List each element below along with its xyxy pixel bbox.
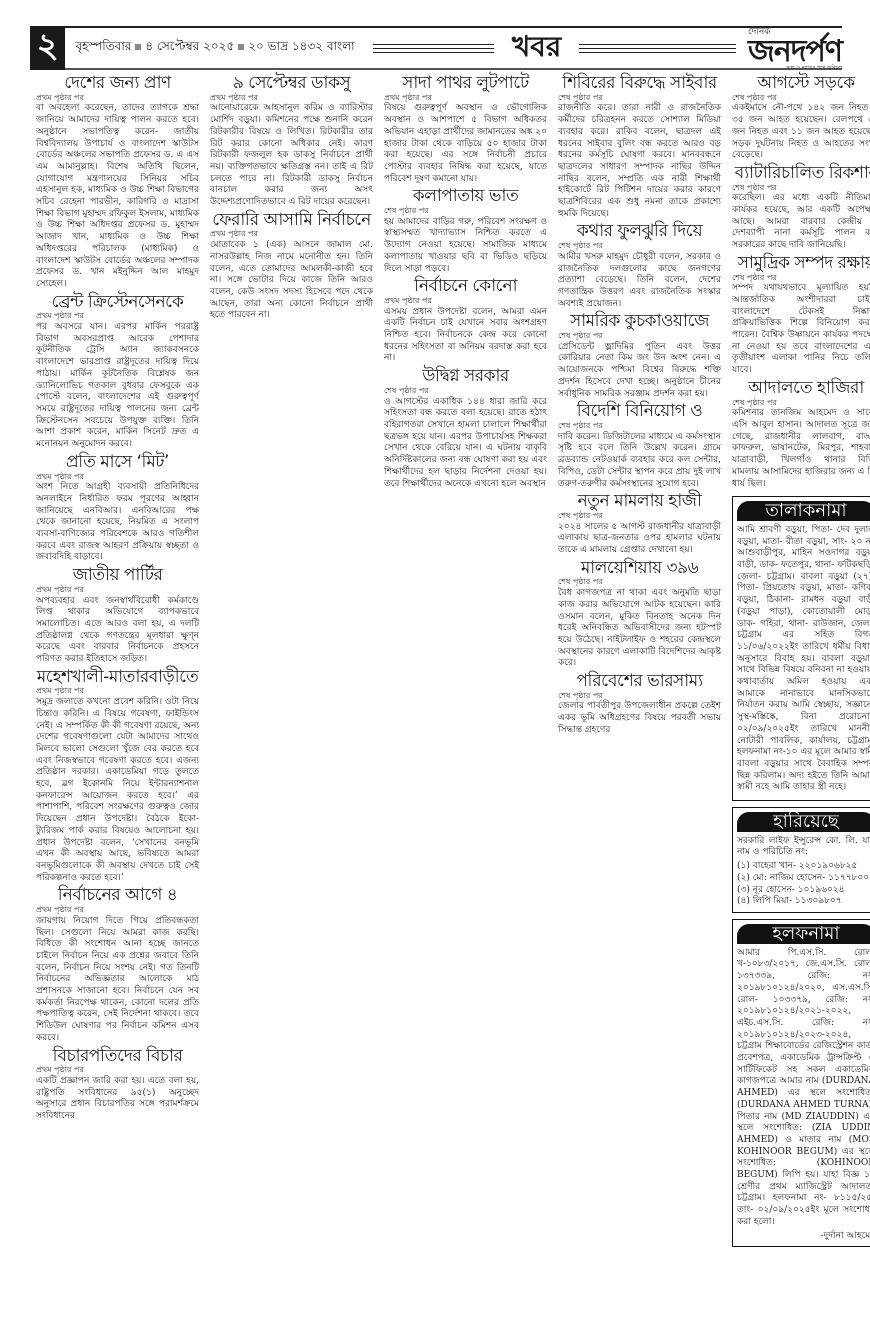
kicker: প্রথম পৃষ্ঠার পর	[384, 92, 547, 104]
kicker: শেষ পৃষ্ঠার পর	[384, 205, 547, 217]
column-3: সাদা পাথর লুটপাটে প্রথম পৃষ্ঠার পর বিষয়…	[384, 72, 547, 492]
separator-square-icon	[238, 44, 244, 50]
headline: সামরিক কুচকাওয়াজে	[558, 316, 721, 328]
kicker: শেষ পৃষ্ঠার পর	[558, 330, 721, 342]
headline: পরিবেশের ভারসাম্য	[558, 676, 721, 688]
headline: মহেশখালী-মাতারবাড়ীতে	[36, 672, 199, 684]
classified-item: (১) বাহেরা খান- ২২০১৯০৬৮২৫	[737, 861, 870, 873]
article-body: কমিশনার তানজিম আহমেদ ও সাবেক এসি আবুল হা…	[732, 408, 870, 490]
kicker: শেষ পৃষ্ঠার পর	[558, 576, 721, 588]
kicker: শেষ পৃষ্ঠার পর	[384, 385, 547, 397]
decorative-rule	[579, 44, 736, 53]
headline: প্রতি মাসে ‘মিট’	[36, 457, 199, 469]
article-body: হয় আমাদের বাড়ির গরু, পরিবেশ সংরক্ষণ ও …	[384, 217, 547, 276]
kicker: প্রথম পৃষ্ঠার পর	[36, 685, 199, 697]
kicker: শেষ পৃষ্ঠার পর	[732, 182, 870, 194]
article-body: সমুদ্র জলাতে কখনো প্রবেশ করিনি। ওটা নিয়…	[36, 697, 199, 884]
kicker: প্রথম পৃষ্ঠার পর	[36, 310, 199, 322]
article-body: সম্পদ যথাযথভাবে মূল্যায়িত হয়নি। আন্তর্…	[732, 283, 870, 377]
headline: মালয়েশিয়ায় ৩৯৬	[558, 563, 721, 575]
classified-item: (৩) নূর হোসেন- ১০১৯৬০২৪	[737, 885, 870, 897]
headline: কথার ফুলঝুরি দিয়ে	[558, 226, 721, 238]
kicker: প্রথম পৃষ্ঠার পর	[36, 904, 199, 916]
article-body: অংশ নিতে আগ্রহী ব্যবসায়ী প্রতিনিধিদের অ…	[36, 482, 199, 564]
kicker: শেষ পৃষ্ঠার পর	[732, 272, 870, 284]
headline: দেশের জন্য প্রাণ	[36, 78, 199, 90]
article-body: প্রেসিডেন্ট ভ্লাদিমির পুতিন এবং উত্তর কো…	[558, 342, 721, 401]
article-columns: দেশের জন্য প্রাণ প্রথম পৃষ্ঠার পর বা অবহ…	[36, 72, 846, 1336]
kicker: প্রথম পৃষ্ঠার পর	[36, 1064, 199, 1076]
headline: বিচারপতিদের বিচার	[36, 1051, 199, 1063]
headline: ফেরারি আসামি নির্বাচনে	[210, 215, 373, 227]
headline: বিদেশি বিনিয়োগ ও	[558, 406, 721, 418]
day: বৃহস্পতিবার	[75, 39, 131, 53]
classified-signature: -দুর্দানা আহমেদ	[737, 1231, 870, 1243]
article-body: রাজনীতি করে। তারা নারী ও রাজনৈতিক কর্মীদ…	[558, 103, 721, 220]
brand-name: জনদর্পণ	[748, 39, 842, 65]
headline: নতুন মামলায় হাজী	[558, 496, 721, 508]
classified-intro: সরকারি লাইফ ইন্সুরেন্স কো. লি. যার নাম ও…	[737, 836, 870, 859]
headline: জাতীয় পার্টির	[36, 570, 199, 582]
kicker: প্রথম পৃষ্ঠার পর	[210, 92, 373, 104]
article-body: একটি প্রজ্ঞাপন জারি করা হয়। এতে বলা হয়…	[36, 1076, 199, 1123]
column-5: আগস্টে সড়কে শেষ পৃষ্ঠার পর একইমাসে নৌ-প…	[732, 72, 870, 1247]
kicker: শেষ পৃষ্ঠার পর	[558, 510, 721, 522]
classified-body: আমার পি.এস.সি. রোল- খ-১০৮৩/২০১৭, জে.এস.স…	[737, 948, 870, 1229]
article-body: ও আগস্টের একাধিক ১৪৪ ধারা জারি করে সহিংস…	[384, 397, 547, 491]
column-4: শিবিরের বিরুদ্ধে সাইবার শেষ পৃষ্ঠার পর র…	[558, 72, 721, 739]
kicker: প্রথম পৃষ্ঠার পর	[384, 295, 547, 307]
headline: সামুদ্রিক সম্পদ রক্ষায়	[732, 258, 870, 270]
article-body: পর অবসরে যান। এরপর মার্কিন পররাষ্ট্র বিভ…	[36, 322, 199, 451]
article-body: করেছিল। এর মধ্যে একটি নীতিমালা কার্যকর হ…	[732, 193, 870, 252]
masthead: ২ বৃহস্পতিবার৪ সেপ্টেম্বর ২০২৫২০ ভাদ্র ১…	[30, 26, 842, 70]
article-body: আনোয়ারেকে আহসানুল করিম ও ব্যারিস্টার মো…	[210, 103, 373, 208]
kicker: শেষ পৃষ্ঠার পর	[732, 92, 870, 104]
headline: নির্বাচনের আগে ৪	[36, 890, 199, 902]
page-number: ২	[30, 26, 65, 70]
kicker: শেষ পৃষ্ঠার পর	[558, 92, 721, 104]
classified-talaknama: তালাকনামা আমি শ্রাবণী বড়ুয়া, পিতা- দেব…	[732, 496, 870, 801]
headline: ৯ সেপ্টেম্বর ডাকসু	[210, 78, 373, 90]
brand-logo: দৈনিক জনদর্পণ সত্য ও ন্যায়ের পথে অবিচল	[748, 24, 842, 73]
kicker: প্রথম পৃষ্ঠার পর	[36, 92, 199, 104]
headline: আদালতে হাজিরা	[732, 383, 870, 395]
headline: নির্বাচনে কোনো	[384, 281, 547, 293]
date-en: ৪ সেপ্টেম্বর ২০২৫	[145, 39, 234, 53]
section-title: খবর	[512, 25, 561, 72]
article-body: মোতাবেক ১ (এক) আসনে জামাল মো. নাসরউল্লাহ…	[210, 240, 373, 322]
article-body: দাবি করেন। ডিজিটালের মাধ্যমে এ কর্মসংস্থ…	[558, 432, 721, 491]
kicker: শেষ পৃষ্ঠার পর	[558, 240, 721, 252]
classified-item: (৪) লিপি মিয়া- ১১৩০৯৮০৭	[737, 896, 870, 908]
headline: উদ্বিগ্ন সরকার	[384, 371, 547, 383]
headline: আগস্টে সড়কে	[732, 78, 870, 90]
article-body: জায়গায় নিয়োগ দিতে গিয়ে প্রতিবন্ধকতা …	[36, 916, 199, 1045]
headline: শিবিরের বিরুদ্ধে সাইবার	[558, 78, 721, 90]
dateline: বৃহস্পতিবার৪ সেপ্টেম্বর ২০২৫২০ ভাদ্র ১৪৩…	[75, 38, 354, 58]
column-2: ৯ সেপ্টেম্বর ডাকসু প্রথম পৃষ্ঠার পর আনোয…	[210, 72, 373, 324]
classified-harieche: হারিয়েছে সরকারি লাইফ ইন্সুরেন্স কো. লি.…	[732, 807, 870, 913]
date-bn: ২০ ভাদ্র ১৪৩২ বাংলা	[248, 39, 354, 53]
classified-title: হারিয়েছে	[737, 812, 870, 832]
article-body: বিষয়ে গুরুত্বপূর্ণ অবস্থান ও ভৌগোলিক অব…	[384, 103, 547, 185]
classified-title: তালাকনামা	[737, 501, 870, 521]
article-body: অপব্যবহার এবং জনস্বার্থবিরোধী কর্মকাণ্ডে…	[36, 596, 199, 666]
article-body: ২০২৪ সালের ৫ আগস্ট রাজধানীর যাত্রাবাড়ী …	[558, 522, 721, 557]
kicker: শেষ পৃষ্ঠার পর	[558, 690, 721, 702]
headline: সাদা পাথর লুটপাটে	[384, 78, 547, 90]
headline: কলাপাতায় ভাত	[384, 191, 547, 203]
classified-body: আমি শ্রাবণী বড়ুয়া, পিতা- দেব দুলাল বড়…	[737, 525, 870, 794]
separator-square-icon	[135, 44, 141, 50]
article-body: আমীর খসরু মাহমুদ চৌধুরী বলেন, সরকার ও রা…	[558, 252, 721, 311]
headline: ব্রেন্ট ক্রিস্টেনসেনকে	[36, 297, 199, 309]
article-body: বৈধ কাগজপত্র না থাকা এবং অনুমতি ছাড়া কা…	[558, 588, 721, 670]
column-1: দেশের জন্য প্রাণ প্রথম পৃষ্ঠার পর বা অবহ…	[36, 72, 199, 1125]
classified-holofnama: হলফনামা আমার পি.এস.সি. রোল- খ-১০৮৩/২০১৭,…	[732, 919, 870, 1247]
decorative-rule	[373, 44, 494, 53]
kicker: শেষ পৃষ্ঠার পর	[732, 397, 870, 409]
kicker: শেষ পৃষ্ঠার পর	[558, 420, 721, 432]
classified-item: (২) মো: নাজিম হোসেন- ১১৭৭৮০০	[737, 873, 870, 885]
kicker: প্রথম পৃষ্ঠার পর	[36, 471, 199, 483]
headline: ব্যাটারিচালিত রিকশার	[732, 168, 870, 180]
kicker: প্রথম পৃষ্ঠার পর	[36, 584, 199, 596]
article-body: এসময় প্রধান উপদেষ্টা বলেন, আমরা এমন একট…	[384, 307, 547, 366]
kicker: প্রথম পৃষ্ঠার পর	[210, 228, 373, 240]
article-body: বা অবহেলা করেছেন, তাদের ত্যাগকে শ্রদ্ধা …	[36, 103, 199, 290]
classified-title: হলফনামা	[737, 924, 870, 944]
article-body: একইমাসে নৌ-পথে ১৪২ জন নিহত ও ৩৫ জন আহত হ…	[732, 103, 870, 162]
article-body: জেলার পার্বতীপুর উপজেলাধীন প্রকল্পে তেইশ…	[558, 701, 721, 736]
